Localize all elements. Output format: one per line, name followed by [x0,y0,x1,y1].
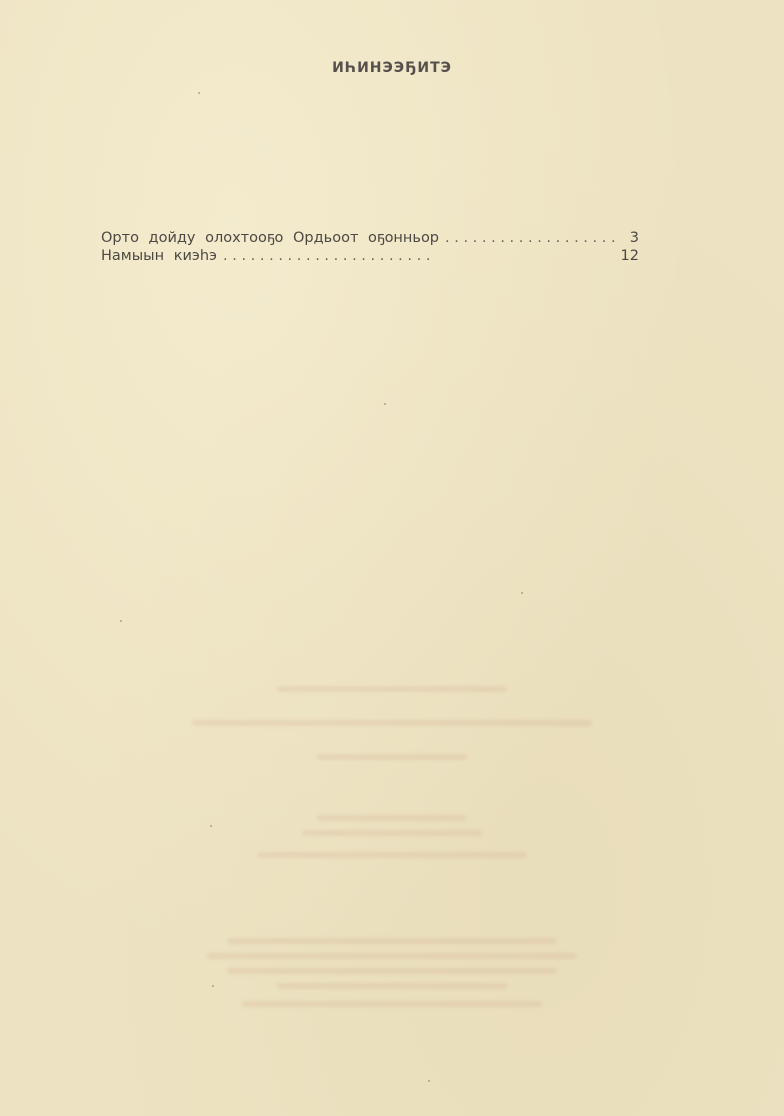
toc-entry-page: 3 [621,229,639,247]
dot-leader: . . . . . . . . . . . . . . . . . . . . … [223,247,615,265]
toc-entry-title: Орто дойду олохтооҕо Ордьоот оҕонньор [101,229,439,247]
toc-entry-title: Намыын киэһэ [101,247,217,265]
toc-entry[interactable]: Намыын киэһэ . . . . . . . . . . . . . .… [101,247,639,265]
toc-entry[interactable]: Орто дойду олохтооҕо Ордьоот оҕонньор . … [101,229,639,247]
toc-entry-page: 12 [621,247,639,265]
table-of-contents: Орто дойду олохтооҕо Ордьоот оҕонньор . … [101,229,639,265]
dot-leader: . . . . . . . . . . . . . . . . . . . . … [445,229,615,247]
contents-heading: ИҺИНЭЭҔИТЭ [0,60,784,76]
